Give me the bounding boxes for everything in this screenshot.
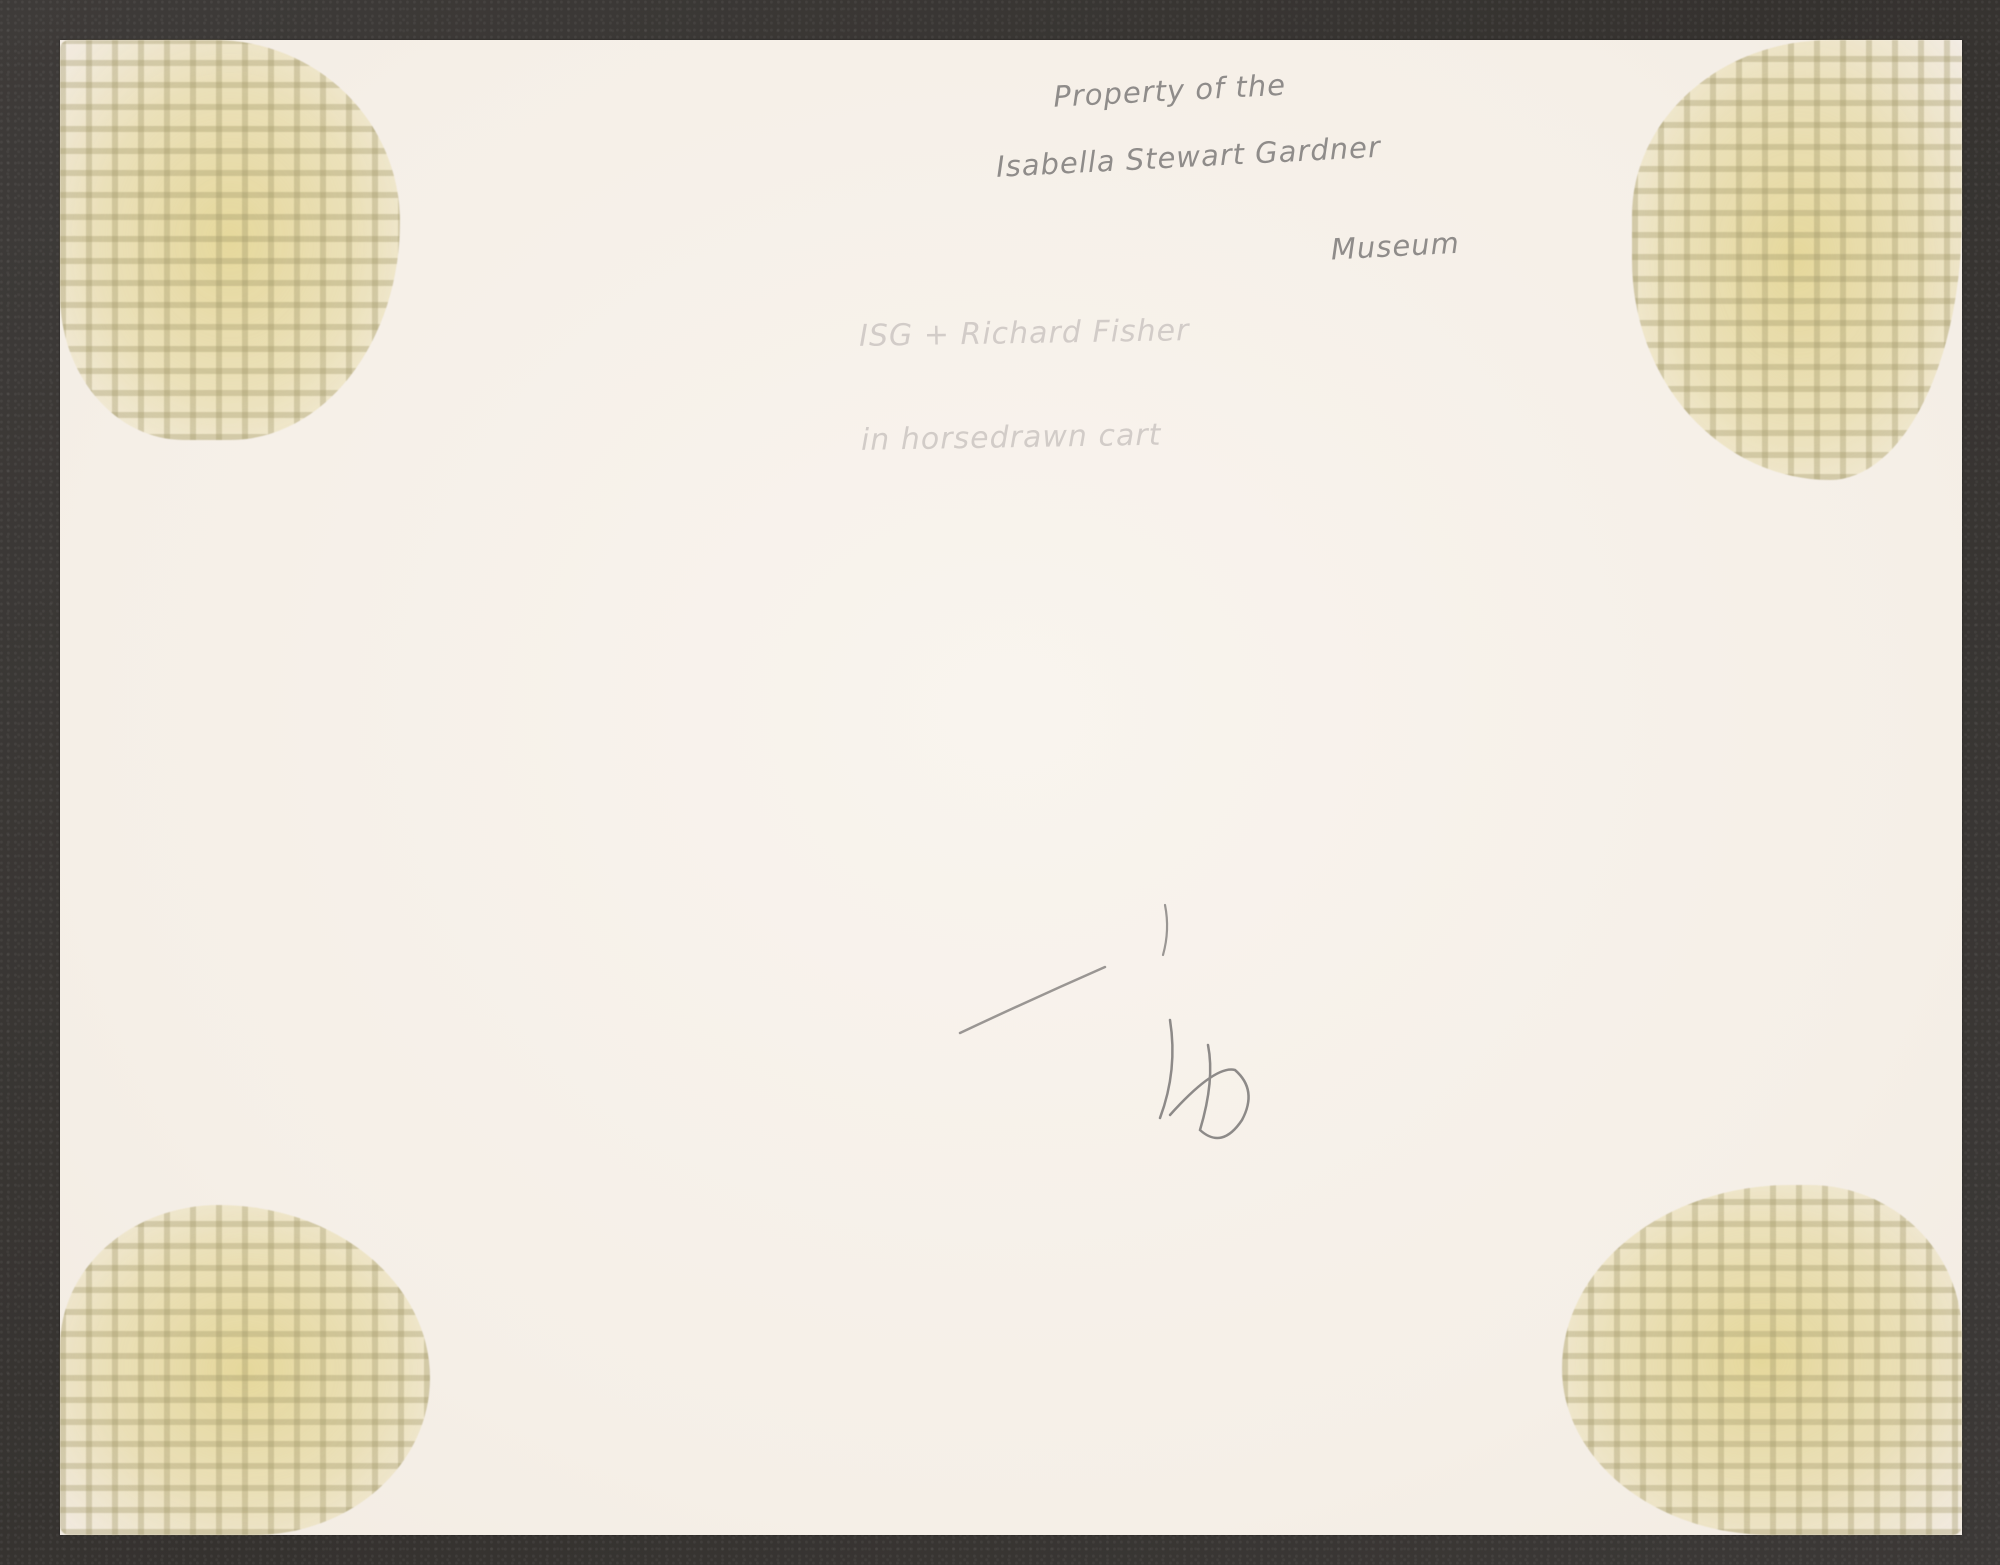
adhesive-stain-top-right <box>1632 40 1962 480</box>
ownership-line-1: Property of the <box>1053 68 1287 114</box>
ownership-line-2: Isabella Stewart Gardner <box>995 127 1455 184</box>
adhesive-stain-bottom-right <box>1562 1185 1962 1535</box>
caption-inscription: ISG + Richard Fisher in horsedrawn cart <box>858 245 1193 527</box>
adhesive-stain-top-left <box>60 40 400 440</box>
ownership-line-3: Museum <box>1330 227 1461 267</box>
caption-line-2: in horsedrawn cart <box>861 418 1192 458</box>
adhesive-stain-bottom-left <box>60 1205 430 1535</box>
photo-verso-paper: Property of the Isabella Stewart Gardner… <box>60 40 1962 1535</box>
folio-number-glyph <box>1130 1000 1310 1180</box>
caption-line-1: ISG + Richard Fisher <box>859 314 1190 354</box>
